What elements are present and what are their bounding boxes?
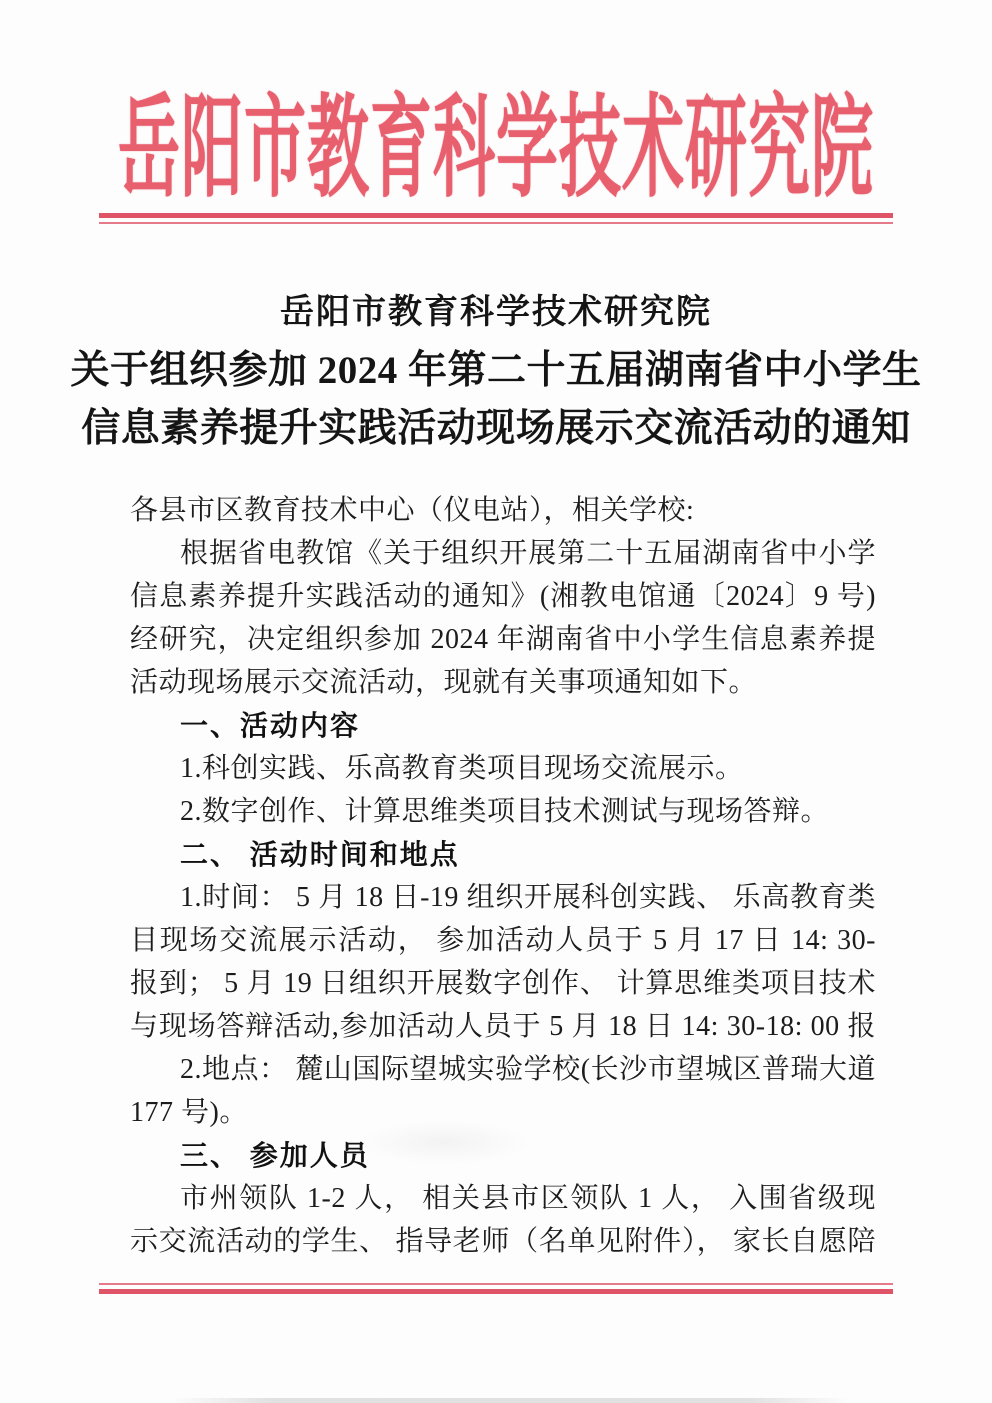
- body-line: 活动现场展示交流活动，现就有关事项通知如下。: [130, 661, 876, 704]
- section-heading: 一、活动内容: [130, 704, 876, 747]
- letterhead-rule-thin: [99, 222, 893, 224]
- body-line: 2.数字创作、计算思维类项目技术测试与现场答辩。: [130, 790, 876, 833]
- body-text: 各县市区教育技术中心（仪电站），相关学校:根据省电教馆《关于组织开展第二十五届湖…: [130, 489, 876, 1263]
- scan-bottom-edge-artifact: [170, 1398, 850, 1403]
- body-line: 经研究，决定组织参加 2024 年湖南省中小学生信息素养提升实践: [130, 618, 876, 661]
- document-title-line-1: 岳阳市教育科学技术研究院: [0, 284, 992, 342]
- body-line: 根据省电教馆《关于组织开展第二十五届湖南省中小学生: [130, 532, 876, 575]
- body-line: 1.时间： 5 月 18 日-19 组织开展科创实践、 乐高教育类项: [130, 876, 876, 919]
- document-title-line-2: 关于组织参加 2024 年第二十五届湖南省中小学生: [0, 342, 992, 400]
- letterhead-title: 岳阳市教育科学技术研究院: [118, 94, 874, 206]
- body-line: 2.地点： 麓山国际望城实验学校(长沙市望城区普瑞大道: [130, 1048, 876, 1091]
- section-heading: 三、 参加人员: [130, 1134, 876, 1177]
- body-line: 各县市区教育技术中心（仪电站），相关学校:: [130, 489, 876, 532]
- document-page: 岳阳市教育科学技术研究院 岳阳市教育科学技术研究院 关于组织参加 2024 年第…: [0, 0, 992, 1403]
- body-line: 目现场交流展示活动， 参加活动人员于 5 月 17 日 14: 30-18: 0…: [130, 919, 876, 962]
- body-line: 1.科创实践、乐高教育类项目现场交流展示。: [130, 747, 876, 790]
- body-line: 市州领队 1-2 人， 相关县市区领队 1 人， 入围省级现场展: [130, 1177, 876, 1220]
- document-title-line-3: 信息素养提升实践活动现场展示交流活动的通知: [0, 400, 992, 458]
- body-line: 示交流活动的学生、 指导老师（名单见附件）， 家长自愿陪同。: [130, 1220, 876, 1263]
- section-heading: 二、 活动时间和地点: [130, 833, 876, 876]
- body-line: 信息素养提升实践活动的通知》(湘教电馆通〔2024〕9 号)精神，: [130, 575, 876, 618]
- letterhead-rule-thick: [99, 213, 893, 218]
- letterhead: 岳阳市教育科学技术研究院: [0, 94, 992, 156]
- body-line: 与现场答辩活动,参加活动人员于 5 月 18 日 14: 30-18: 00 报…: [130, 1005, 876, 1048]
- document-title: 岳阳市教育科学技术研究院 关于组织参加 2024 年第二十五届湖南省中小学生 信…: [0, 284, 992, 458]
- footer-rule-thin: [99, 1283, 893, 1285]
- body-line: 177 号)。: [130, 1091, 876, 1134]
- body-line: 报到； 5 月 19 日组织开展数字创作、 计算思维类项目技术测试: [130, 962, 876, 1005]
- footer-rule-thick: [99, 1289, 893, 1294]
